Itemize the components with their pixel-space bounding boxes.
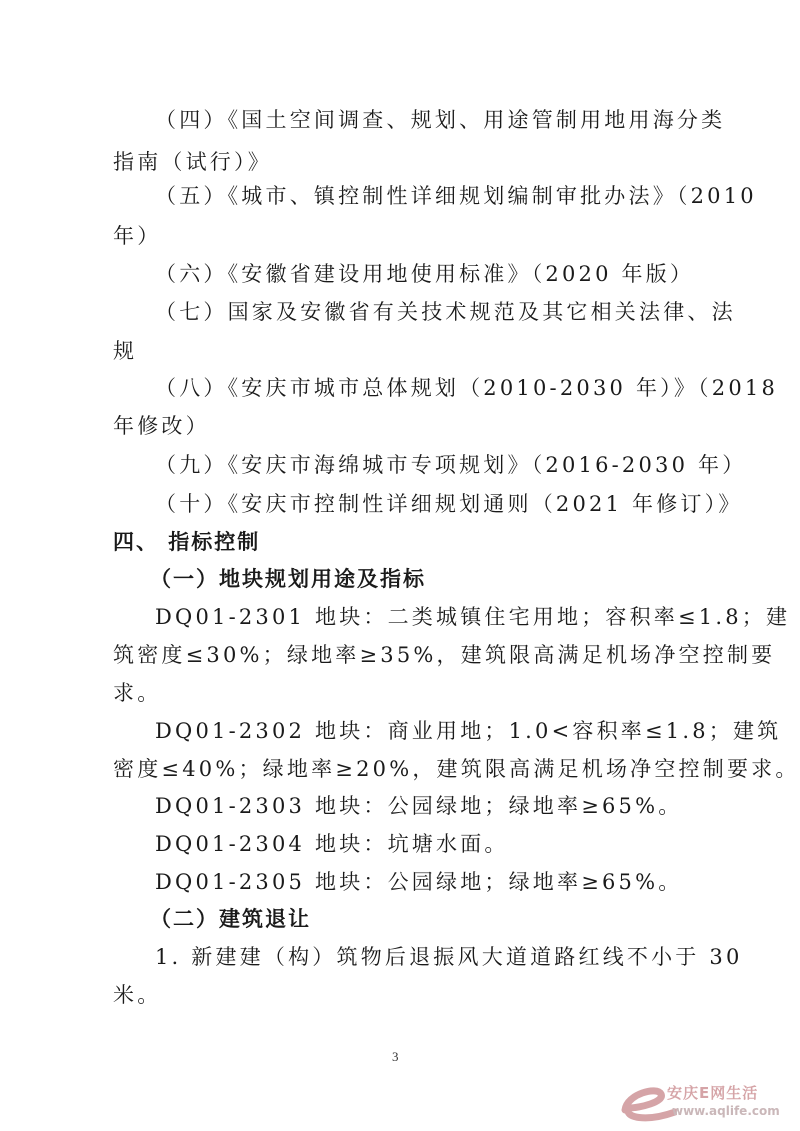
plot-2304: DQ01-2304 地块：坑塘水面。 — [155, 829, 735, 859]
watermark-url: www.aqlife.com — [672, 1104, 780, 1118]
reference-item-4: （四）《国土空间调查、规划、用途管制用地用海分类 — [155, 105, 735, 135]
plot-2301-line2: 筑密度≤30%；绿地率≥35%，建筑限高满足机场净空控制要 — [113, 640, 693, 670]
reference-item-8-cont: 年修改） — [113, 411, 693, 441]
watermark-title: 安庆E网生活 — [667, 1082, 758, 1103]
reference-item-4-cont: 指南（试行）》 — [113, 147, 693, 177]
plot-2302-line2: 密度≤40%；绿地率≥20%，建筑限高满足机场净空控制要求。 — [113, 754, 693, 784]
watermark: 安庆E网生活 www.aqlife.com — [617, 1082, 800, 1127]
reference-item-5: （五）《城市、镇控制性详细规划编制审批办法》（2010 — [155, 181, 735, 211]
reference-item-5-cont: 年） — [113, 221, 693, 251]
plot-2302-line1: DQ01-2302 地块：商业用地；1.0<容积率≤1.8；建筑 — [155, 716, 735, 746]
reference-item-9: （九）《安庆市海绵城市专项规划》（2016-2030 年） — [155, 450, 735, 480]
reference-item-7: （七）国家及安徽省有关技术规范及其它相关法律、法 — [155, 297, 735, 327]
document-page: （四）《国土空间调查、规划、用途管制用地用海分类 指南（试行）》 （五）《城市、… — [0, 0, 800, 1131]
page-number: 3 — [392, 1049, 399, 1065]
setback-line2: 米。 — [113, 980, 693, 1010]
setback-line1: 1. 新建建（构）筑物后退振风大道道路红线不小于 30 — [155, 942, 735, 972]
subsection-heading-2: （二）建筑退让 — [150, 904, 730, 934]
reference-item-10: （十）《安庆市控制性详细规划通则（2021 年修订）》 — [155, 489, 735, 519]
plot-2305: DQ01-2305 地块：公园绿地；绿地率≥65%。 — [155, 867, 735, 897]
section-heading: 四、 指标控制 — [113, 527, 693, 557]
subsection-heading-1: （一）地块规划用途及指标 — [150, 564, 730, 594]
plot-2301-line1: DQ01-2301 地块：二类城镇住宅用地；容积率≤1.8；建 — [155, 602, 735, 632]
plot-2303: DQ01-2303 地块：公园绿地；绿地率≥65%。 — [155, 791, 735, 821]
reference-item-8: （八）《安庆市城市总体规划（2010-2030 年）》（2018 — [155, 373, 735, 403]
reference-item-6: （六）《安徽省建设用地使用标准》（2020 年版） — [155, 259, 735, 289]
reference-item-7-cont: 规 — [113, 336, 693, 366]
plot-2301-line3: 求。 — [113, 678, 693, 708]
